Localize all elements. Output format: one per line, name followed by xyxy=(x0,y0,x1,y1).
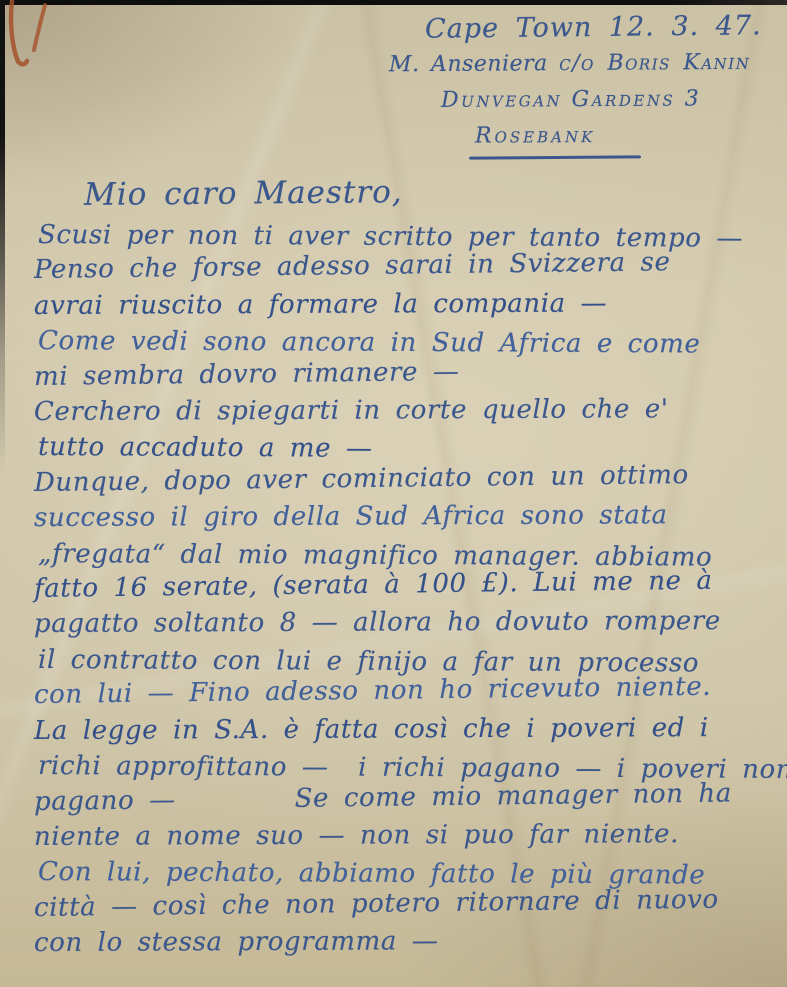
handwritten-line: Cerchero di spiegarti in corte quello ch… xyxy=(34,392,754,431)
letter-header: Cape Town 12. 3. 47. M. Anseniera c/o Bo… xyxy=(389,10,761,159)
handwritten-line: Dunque, dopo aver cominciato con un otti… xyxy=(34,457,754,501)
handwritten-line: niente a nome suo — non si puo far nient… xyxy=(34,817,754,856)
handwritten-line: La legge in S.A. è fatta così che i pove… xyxy=(34,711,754,750)
header-underline xyxy=(469,155,641,159)
care-of-name: c/o Boris Kanin xyxy=(559,50,750,76)
handwritten-line: pagatto soltanto 8 — allora ho dovuto ro… xyxy=(34,604,754,643)
letter-page: Cape Town 12. 3. 47. M. Anseniera c/o Bo… xyxy=(0,0,787,987)
handwritten-line: avrai riuscito a formare la compania — xyxy=(34,286,754,325)
sender-line: M. Anseniera c/o Boris Kanin xyxy=(389,45,761,84)
handwritten-line: successo il giro della Sud Africa sono s… xyxy=(34,498,754,537)
salutation-line: Mio caro Maestro, xyxy=(84,167,754,217)
handwritten-line: con lo stessa programma — xyxy=(34,923,754,962)
red-pencil-marks xyxy=(0,0,70,85)
place-date-line: Cape Town 12. 3. 47. xyxy=(425,8,761,48)
address-suburb-line: Rosebank xyxy=(475,118,761,155)
handwritten-line: Penso che forse adesso sarai in Svizzera… xyxy=(34,245,754,289)
letter-body: Mio caro Maestro, Scusi per non ti aver … xyxy=(34,170,754,962)
address-street-line: Dunvegan Gardens 3 xyxy=(441,81,761,119)
sender-name: M. Anseniera xyxy=(389,51,559,77)
scan-edge-top xyxy=(0,0,787,5)
handwritten-line: con lui — Fino adesso non ho ricevuto ni… xyxy=(34,669,754,713)
handwritten-line: fatto 16 serate, (serata à 100 £). Lui m… xyxy=(34,563,754,607)
